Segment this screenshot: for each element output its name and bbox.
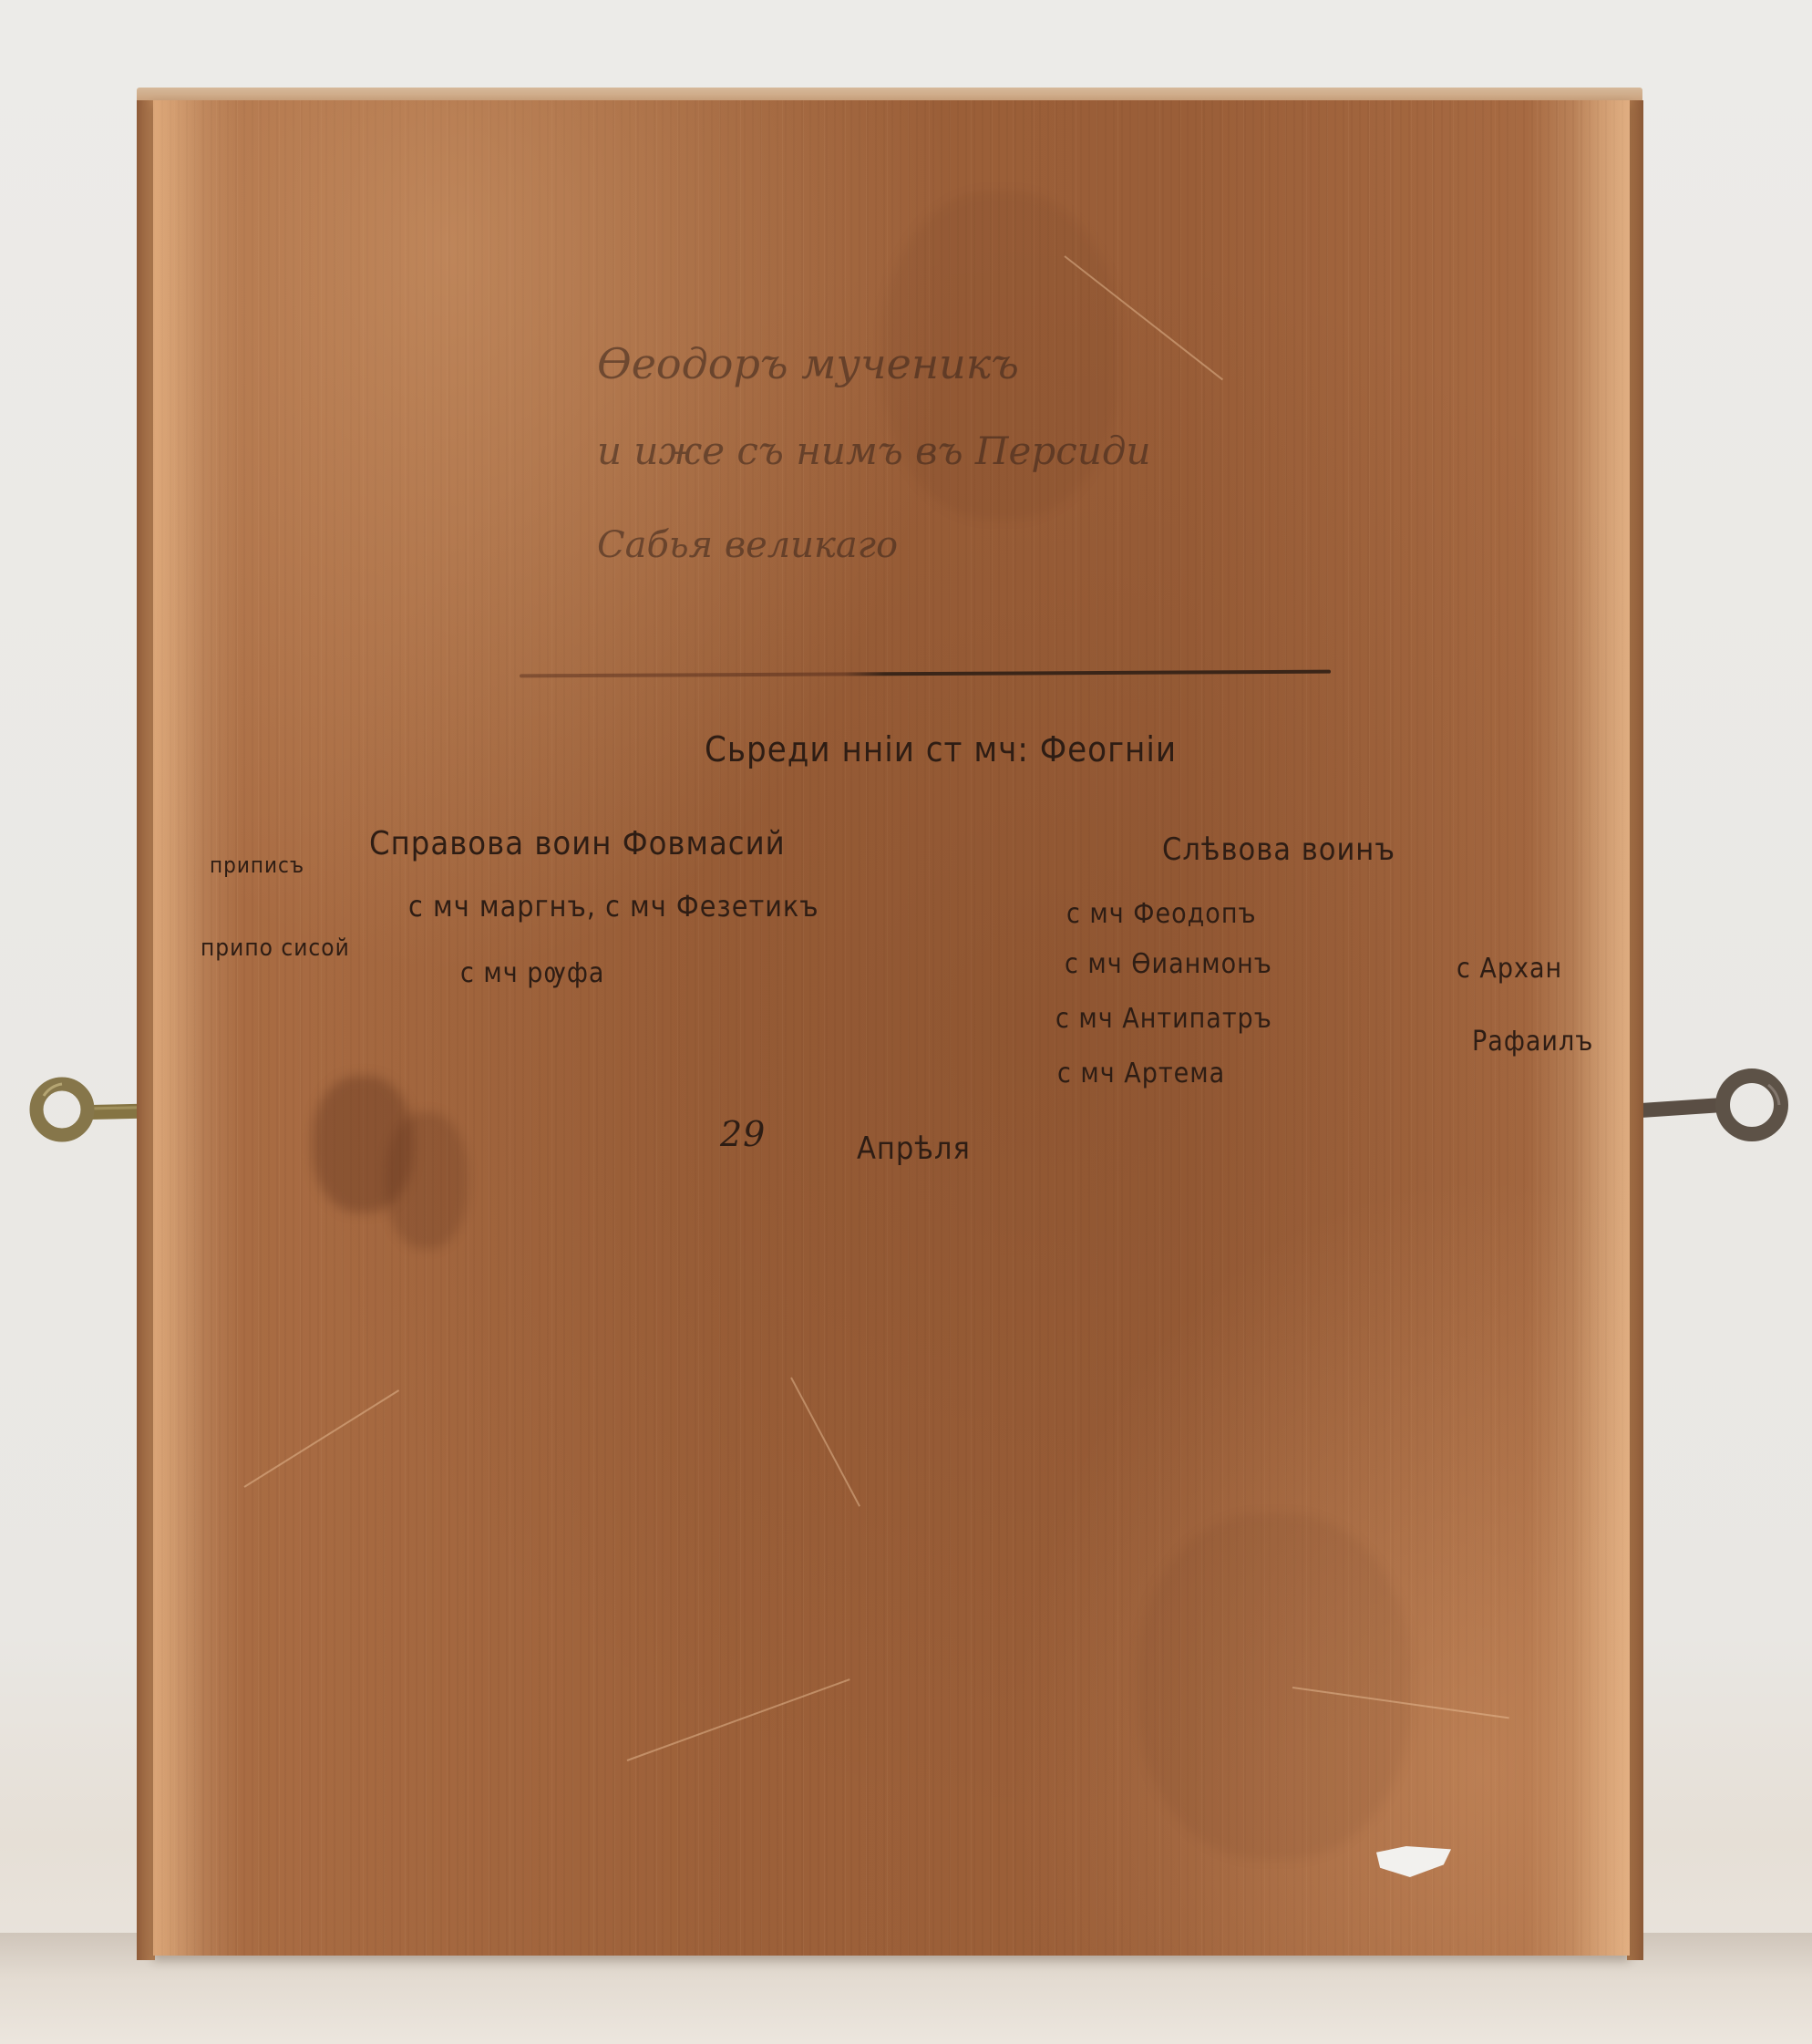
right-side-title: Справова воин Фовмасий — [369, 825, 786, 862]
panel-left-edge — [137, 100, 155, 1960]
right-column-line-2: с мч Өианмонъ — [1065, 948, 1272, 980]
date-month: Апрѣля — [857, 1130, 971, 1167]
right-eye-hook-icon — [1641, 1048, 1800, 1149]
left-margin-line-2: припо сисой — [201, 934, 350, 962]
left-column-line-1: с мч маргнъ, с мч Фезетикъ — [408, 889, 819, 924]
center-title: Сьреди ннiи ст мч: Феогнiи — [705, 729, 1177, 769]
date-day: 29 — [720, 1114, 766, 1154]
right-column-line-3: с мч Антипатръ — [1055, 1003, 1272, 1035]
left-margin-line-1: приписъ — [210, 852, 304, 878]
far-right-line-1: с Архан — [1457, 953, 1562, 985]
stain — [1138, 1513, 1411, 1860]
right-column-line-1: с мч Феодопъ — [1066, 898, 1257, 930]
scratch — [790, 1378, 860, 1507]
worn-left-strip — [153, 100, 203, 1956]
left-column-line-2: с мч рѹфа — [460, 957, 604, 989]
scratch — [627, 1678, 850, 1761]
far-right-line-2: Рафаилъ — [1472, 1026, 1593, 1058]
faded-inscription-line-3: Сабья великаго — [597, 524, 898, 566]
faded-inscription-line-2: и иже съ нимъ въ Персиди — [597, 428, 1151, 473]
stain — [386, 1112, 468, 1249]
right-column-line-4: с мч Артема — [1057, 1058, 1225, 1089]
faded-inscription-line-1: Өеодоръ мученикъ — [597, 339, 1019, 388]
scratch — [243, 1389, 399, 1488]
left-side-title: Слѣвова воинъ — [1162, 831, 1395, 868]
